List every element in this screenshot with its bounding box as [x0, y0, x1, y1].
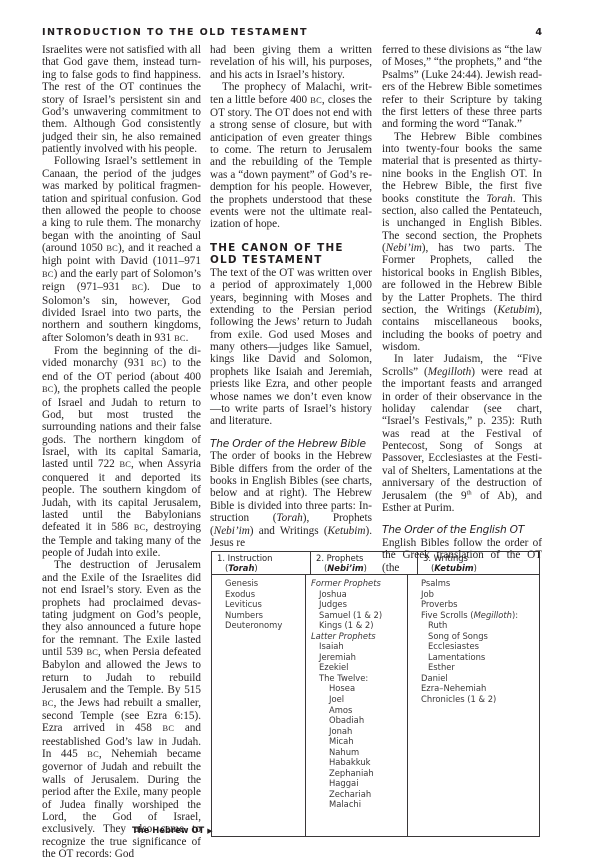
book-item: Leviticus	[212, 599, 305, 610]
paragraph: The prophecy of Malachi, writ­ten a litt…	[210, 81, 372, 231]
book-item: Song of Songs	[408, 631, 539, 642]
book-item: Jonah	[306, 726, 407, 737]
paragraph: had been giving them a written revelatio…	[210, 44, 372, 81]
book-item: Nahum	[306, 747, 407, 758]
paragraph: In later Judaism, the “Five Scrolls” (Me…	[382, 353, 542, 514]
book-item: Ruth	[408, 620, 539, 631]
book-item: Isaiah	[306, 641, 407, 652]
chart-body-row: Genesis Exodus Leviticus Numbers Deutero…	[212, 575, 539, 836]
book-item: Ezekiel	[306, 662, 407, 673]
subheading-english-order: The Order of the English OT	[382, 524, 542, 537]
left-column: Israelites were not satisfied with all t…	[42, 44, 201, 860]
book-item: Malachi	[306, 799, 407, 810]
paragraph: From the beginning of the di­vided monar…	[42, 345, 201, 559]
book-item: Lamentations	[408, 652, 539, 663]
book-item: Judges	[306, 599, 407, 610]
book-item: Micah	[306, 736, 407, 747]
book-item: Daniel	[408, 673, 539, 684]
chart-column-writings: Psalms Job Proverbs Five Scrolls (Megill…	[407, 575, 539, 836]
book-item: Amos	[306, 705, 407, 716]
paragraph: The order of books in the Hebrew Bible d…	[210, 450, 372, 549]
chart-header-row: 1. Instruction (Torah) 2. Prophets (Nebi…	[212, 552, 539, 575]
book-item: Exodus	[212, 589, 305, 600]
paragraph: Israelites were not satisfied with all t…	[42, 44, 201, 155]
book-item: Joel	[306, 694, 407, 705]
book-item: Hosea	[306, 683, 407, 694]
book-item: Joshua	[306, 589, 407, 600]
book-item: Zechariah	[306, 789, 407, 800]
paragraph: ferred to these divisions as “the law of…	[382, 44, 542, 131]
paragraph: The text of the OT was written over a pe…	[210, 267, 372, 428]
book-item: Genesis	[212, 578, 305, 589]
book-item: Obadiah	[306, 715, 407, 726]
running-head: INTRODUCTION TO THE OLD TESTAMENT 4	[42, 27, 542, 41]
book-item: Haggai	[306, 778, 407, 789]
middle-column: had been giving them a written revelatio…	[210, 44, 372, 549]
continue-link-hebrew-ot[interactable]: The Hebrew OT▶	[132, 825, 213, 835]
paragraph: The destruction of Jerusalem and the Exi…	[42, 559, 201, 860]
chart-header-prophets: 2. Prophets (Nebi’im)	[310, 552, 417, 574]
page-number: 4	[535, 27, 542, 38]
book-item: Proverbs	[408, 599, 539, 610]
subheading-hebrew-order: The Order of the Hebrew Bible	[210, 438, 372, 451]
section-heading-canon: THE CANON OF THE OLD TESTAMENT	[210, 242, 372, 267]
book-item: Deuteronomy	[212, 620, 305, 631]
hebrew-bible-chart: 1. Instruction (Torah) 2. Prophets (Nebi…	[211, 551, 540, 837]
book-item: Ecclesiastes	[408, 641, 539, 652]
book-item: Job	[408, 589, 539, 600]
right-column: ferred to these divisions as “the law of…	[382, 44, 542, 574]
book-item: Zephaniah	[306, 768, 407, 779]
chart-column-prophets: Former Prophets Joshua Judges Samuel (1 …	[305, 575, 407, 836]
book-item: Numbers	[212, 610, 305, 621]
group-label: The Twelve:	[306, 673, 407, 684]
group-label: Five Scrolls (Megilloth):	[408, 610, 539, 621]
book-item: Habakkuk	[306, 757, 407, 768]
book-item: Esther	[408, 662, 539, 673]
chart-column-instruction: Genesis Exodus Leviticus Numbers Deutero…	[212, 575, 305, 836]
group-label: Former Prophets	[306, 578, 407, 589]
book-item: Samuel (1 & 2)	[306, 610, 407, 621]
page-title: INTRODUCTION TO THE OLD TESTAMENT	[42, 27, 308, 38]
group-label: Latter Prophets	[306, 631, 407, 642]
book-item: Psalms	[408, 578, 539, 589]
paragraph: The Hebrew Bible combines into twenty-fo…	[382, 131, 542, 354]
chart-header-writings: 3. Writings (Ketubim)	[417, 552, 539, 574]
chart-header-instruction: 1. Instruction (Torah)	[212, 552, 310, 574]
book-item: Jeremiah	[306, 652, 407, 663]
continue-link-label: The Hebrew OT	[132, 825, 204, 835]
book-item: Kings (1 & 2)	[306, 620, 407, 631]
book-item: Ezra–Nehemiah	[408, 683, 539, 694]
paragraph: Following Israel’s settlement in Canaan,…	[42, 155, 201, 345]
book-item: Chronicles (1 & 2)	[408, 694, 539, 705]
